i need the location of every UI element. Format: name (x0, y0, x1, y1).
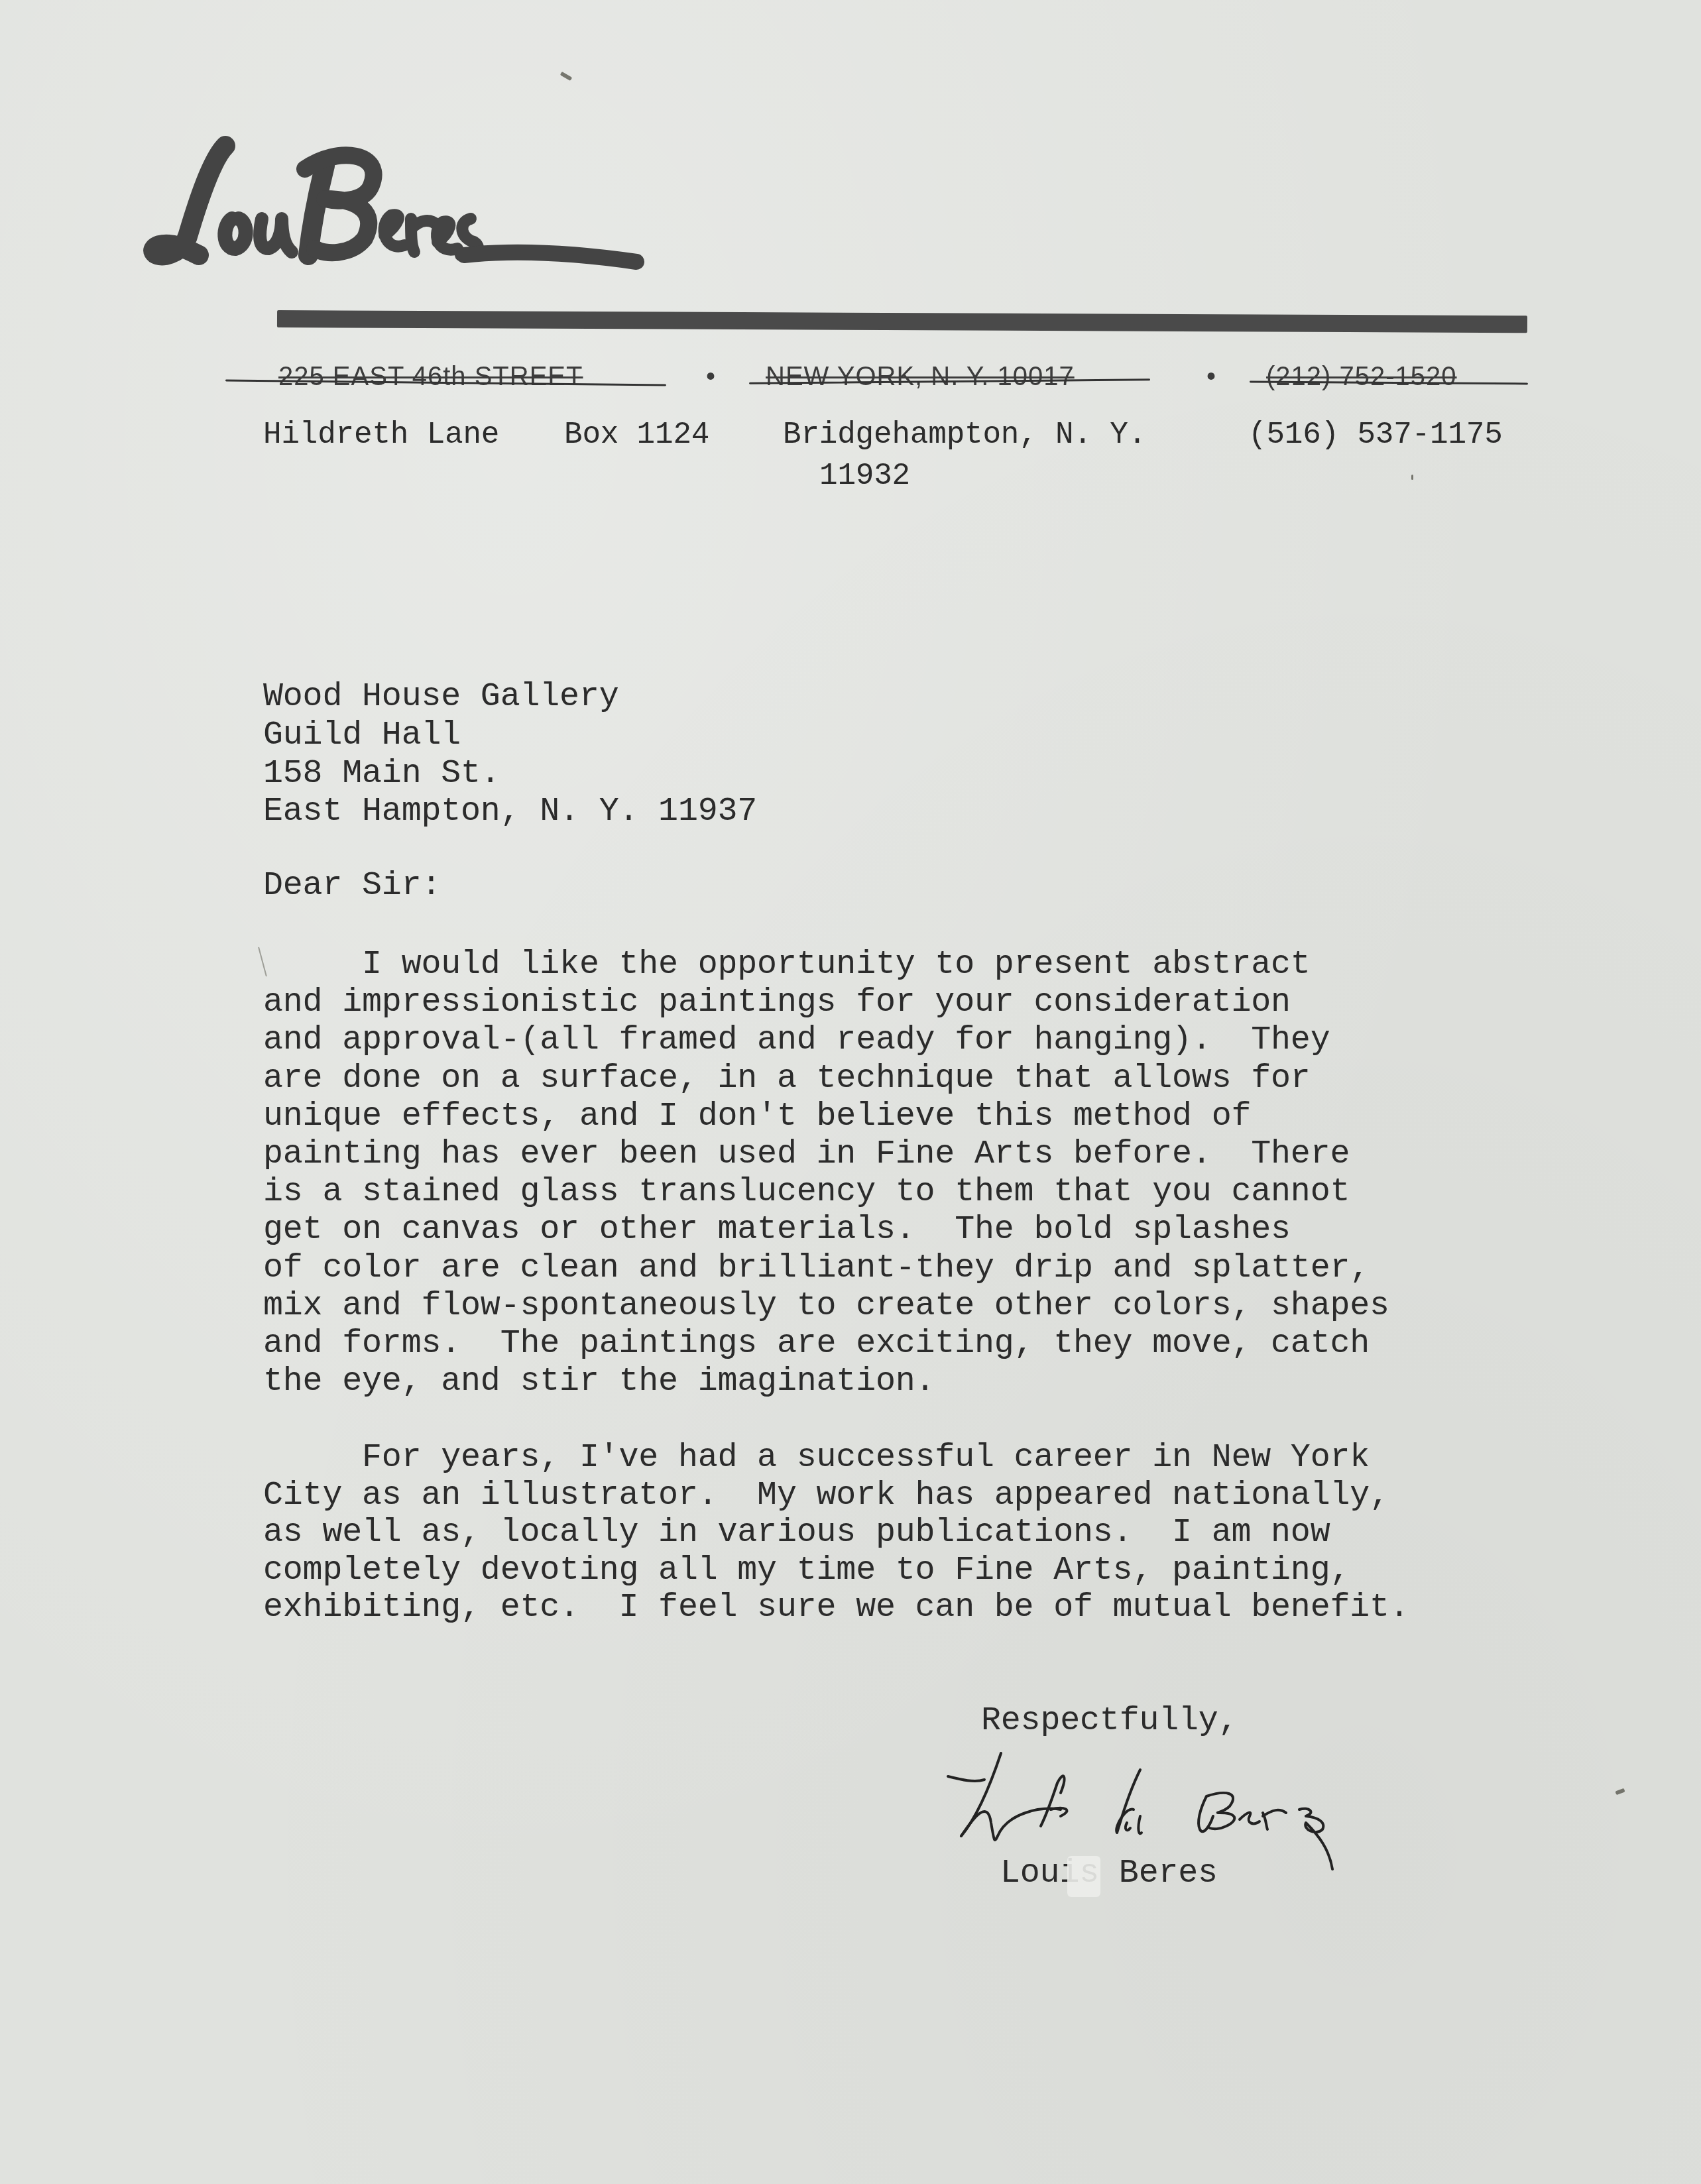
recipient-line: East Hampton, N. Y. 11937 (263, 793, 757, 831)
new-address-street: Hildreth Lane (263, 416, 499, 454)
old-street: 225 EAST 46th STREET (278, 357, 583, 396)
body-line: mix and flow-spontaneously to create oth… (263, 1287, 1389, 1325)
new-address-phone: (516) 537-1175 (1248, 416, 1503, 454)
body-line: is a stained glass translucency to them … (263, 1173, 1350, 1211)
logo-script-signature (126, 119, 723, 278)
body-line: For years, I've had a successful career … (263, 1439, 1370, 1477)
old-city: NEW YORK, N. Y. 10017 (766, 357, 1075, 396)
old-phone: (212) 752-1520 (1266, 357, 1457, 396)
body-line: are done on a surface, in a technique th… (263, 1060, 1311, 1098)
typed-name: Louis Beres (1000, 1855, 1218, 1892)
body-line: City as an illustrator. My work has appe… (263, 1477, 1389, 1515)
old-address-struck: 225 EAST 46th STREET • NEW YORK, N. Y. 1… (225, 357, 1538, 396)
correction-mark (1067, 1856, 1100, 1897)
body-line: painting has ever been used in Fine Arts… (263, 1135, 1350, 1173)
body-line: I would like the opportunity to present … (263, 946, 1311, 984)
new-address-city: Bridgehampton, N. Y. (783, 416, 1146, 454)
body-line: and approval-(all framed and ready for h… (263, 1021, 1330, 1059)
separator-dot: • (706, 357, 716, 396)
recipient-line: 158 Main St. (263, 755, 500, 793)
body-line: get on canvas or other materials. The bo… (263, 1211, 1291, 1249)
recipient-line: Wood House Gallery (263, 678, 619, 716)
body-line: the eye, and stir the imagination. (263, 1363, 935, 1401)
salutation: Dear Sir: (263, 867, 441, 905)
valediction: Respectfully, (981, 1702, 1238, 1740)
separator-dot: • (1206, 357, 1216, 396)
body-line: completely devoting all my time to Fine … (263, 1552, 1350, 1589)
body-line: exhibiting, etc. I feel sure we can be o… (263, 1589, 1409, 1627)
paper-speck (1411, 475, 1413, 480)
letterhead-rule (277, 310, 1527, 333)
recipient-line: Guild Hall (263, 717, 461, 754)
body-line: and forms. The paintings are exciting, t… (263, 1325, 1370, 1363)
body-line: unique effects, and I don't believe this… (263, 1098, 1251, 1135)
letterhead-logo (126, 119, 723, 278)
new-address-zip: 11932 (819, 457, 910, 495)
paper-speck (560, 72, 573, 81)
body-line: and impressionistic paintings for your c… (263, 984, 1291, 1021)
new-address-box: Box 1124 (564, 416, 709, 454)
paper-speck (1615, 1788, 1625, 1795)
body-line: as well as, locally in various publicati… (263, 1514, 1330, 1552)
body-line: of color are clean and brilliant-they dr… (263, 1249, 1370, 1287)
